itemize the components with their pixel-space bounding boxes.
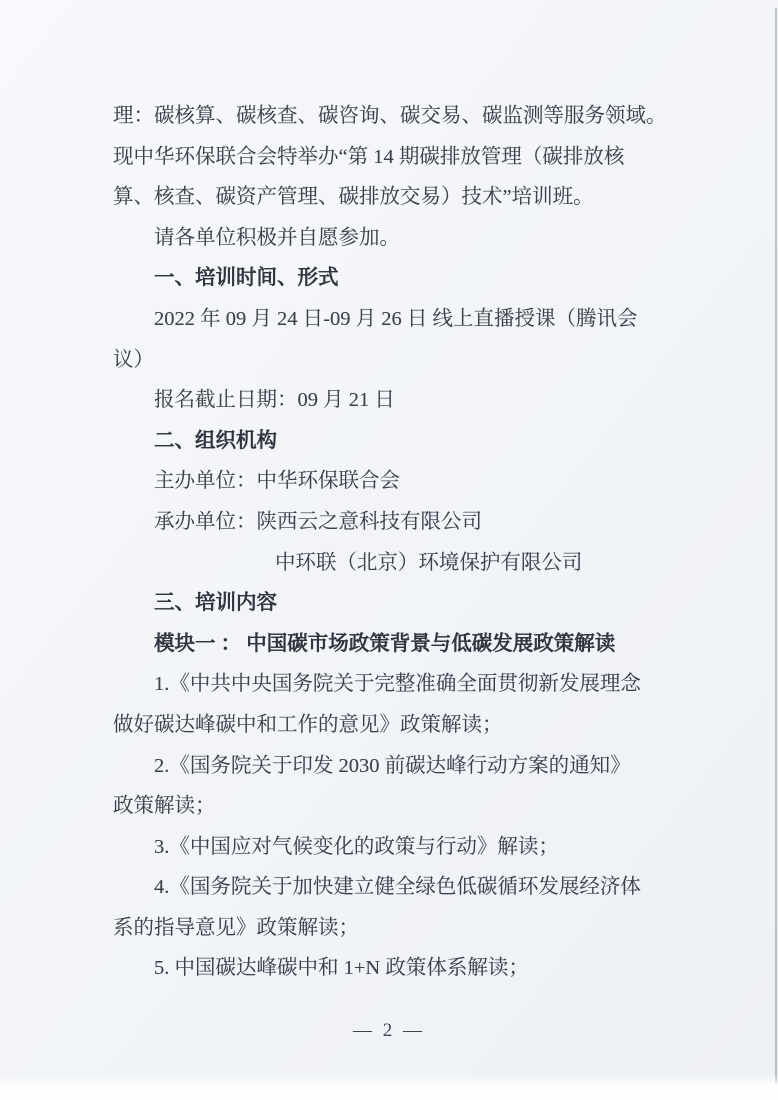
document-line: 模块一 ： 中国碳市场政策背景与低碳发展政策解读: [113, 624, 673, 665]
document-line: 报名截止日期：09 月 21 日: [113, 380, 673, 421]
document-line: 2022 年 09 月 24 日-09 月 26 日 线上直播授课（腾讯会: [113, 299, 673, 340]
document-line: 承办单位：陕西云之意科技有限公司: [113, 502, 673, 543]
document-line: 2.《国务院关于印发 2030 前碳达峰行动方案的通知》: [113, 746, 673, 787]
document-line: 4.《国务院关于加快建立健全绿色低碳循环发展经济体: [113, 867, 673, 908]
document-line: 算、核查、碳资产管理、碳排放交易）技术”培训班。: [113, 177, 673, 218]
document-line: 中环联（北京）环境保护有限公司: [113, 543, 673, 584]
scanned-page: 理：碳核算、碳核查、碳咨询、碳交易、碳监测等服务领域。现中华环保联合会特举办“第…: [0, 0, 778, 1100]
document-line: 三、培训内容: [113, 583, 673, 624]
page-number: — 2 —: [0, 1016, 778, 1046]
document-line: 主办单位：中华环保联合会: [113, 461, 673, 502]
document-line: 1.《中共中央国务院关于完整准确全面贯彻新发展理念: [113, 664, 673, 705]
document-line: 政策解读；: [113, 786, 673, 827]
document-line: 系的指导意见》政策解读；: [113, 908, 673, 949]
document-line: 3.《中国应对气候变化的政策与行动》解读；: [113, 827, 673, 868]
document-line: 做好碳达峰碳中和工作的意见》政策解读；: [113, 705, 673, 746]
document-line: 一、培训时间、形式: [113, 258, 673, 299]
document-line: 理：碳核算、碳核查、碳咨询、碳交易、碳监测等服务领域。: [113, 96, 673, 137]
document-line: 5. 中国碳达峰碳中和 1+N 政策体系解读；: [113, 948, 673, 989]
document-line: 请各单位积极并自愿参加。: [113, 218, 673, 259]
document-line: 议）: [113, 340, 673, 381]
paper-right-edge: [775, 8, 777, 1088]
document-body: 理：碳核算、碳核查、碳咨询、碳交易、碳监测等服务领域。现中华环保联合会特举办“第…: [113, 96, 673, 989]
document-line: 现中华环保联合会特举办“第 14 期碳排放管理（碳排放核: [113, 137, 673, 178]
document-line: 二、组织机构: [113, 421, 673, 462]
scan-bottom-edge: [0, 1083, 778, 1100]
